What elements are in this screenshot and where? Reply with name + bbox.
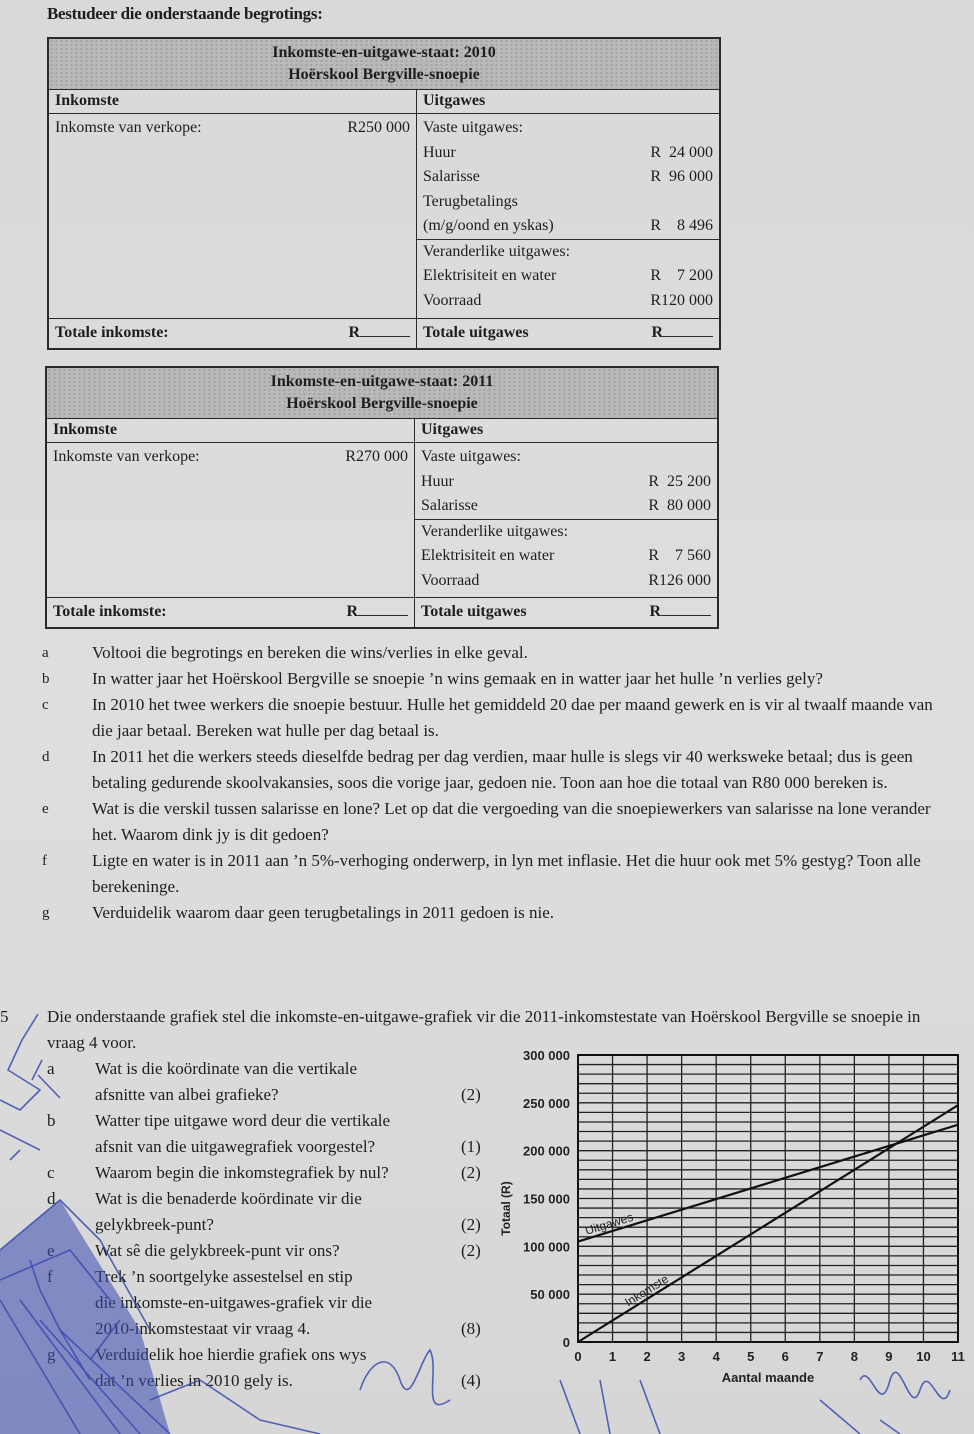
question-item: aVoltooi die begrotings en bereken die w… (42, 640, 942, 666)
budget-title: Inkomste-en-uitgawe-staat: 2011 (47, 371, 717, 393)
total-income-row: Totale inkomste:R (46, 598, 415, 628)
total-expense-row: Totale uitgawesR (417, 319, 721, 349)
question-item: eWat sê die gelykbreek-punt vir ons?(2) (47, 1238, 487, 1264)
budget-header: Inkomste-en-uitgawe-staat: 2011 Hoërskoo… (46, 367, 718, 419)
variable-expenses-header: Veranderlike uitgawes: (421, 520, 711, 545)
question-item: gVerduidelik waarom daar geen terugbetal… (42, 900, 942, 926)
svg-text:250 000: 250 000 (523, 1096, 570, 1111)
question-item: fTrek ’n soortgelyke assestelsel en stip… (47, 1264, 487, 1342)
question-item: fLigte en water is in 2011 aan ’n 5%-ver… (42, 848, 942, 900)
question-text: Watter tipe uitgawe word deur die vertik… (95, 1108, 455, 1160)
question-label: a (47, 1056, 55, 1082)
question-label: g (47, 1342, 56, 1368)
question-label: d (47, 1186, 56, 1212)
budget-header: Inkomste-en-uitgawe-staat: 2010 Hoërskoo… (48, 38, 720, 90)
expense-header: Uitgawes (417, 90, 721, 114)
budget-subtitle: Hoërskool Bergville-snoepie (47, 393, 717, 415)
question-number: 5 (0, 1004, 9, 1030)
svg-text:3: 3 (678, 1349, 685, 1364)
question-text: Wat sê die gelykbreek-punt vir ons? (95, 1238, 455, 1264)
expense-header: Uitgawes (415, 419, 719, 443)
svg-text:Aantal maande: Aantal maande (722, 1370, 814, 1385)
svg-text:11: 11 (951, 1349, 965, 1364)
income-row: Inkomste van verkope:R270 000 (53, 445, 408, 470)
question-4-list: aVoltooi die begrotings en bereken die w… (42, 640, 942, 926)
question-marks: (2) (461, 1212, 481, 1238)
question-marks: (2) (461, 1160, 481, 1186)
svg-text:0: 0 (574, 1349, 581, 1364)
question-text: Wat is die benaderde koördinate vir dieg… (95, 1186, 455, 1238)
svg-text:4: 4 (713, 1349, 721, 1364)
svg-text:8: 8 (851, 1349, 858, 1364)
expense-row: SalarisseR 96 000 (423, 165, 713, 190)
fixed-expenses-header: Vaste uitgawes: (421, 445, 711, 470)
svg-text:300 000: 300 000 (523, 1048, 570, 1063)
question-item: dIn 2011 het die werkers steeds dieselfd… (42, 744, 942, 796)
question-text: Wat is die koördinate van die vertikalea… (95, 1056, 455, 1108)
total-income-blank[interactable] (358, 615, 408, 616)
svg-text:6: 6 (782, 1349, 789, 1364)
expense-row: HuurR 24 000 (423, 141, 713, 166)
expense-row: Terugbetalings (423, 190, 713, 215)
question-item: cWaarom begin die inkomstegrafiek by nul… (47, 1160, 487, 1186)
question-text: Verduidelik hoe hierdie grafiek ons wysd… (95, 1342, 455, 1394)
svg-text:Totaal (R): Totaal (R) (499, 1181, 513, 1235)
budget-table-2010: Inkomste-en-uitgawe-staat: 2010 Hoërskoo… (47, 37, 721, 350)
question-item: dWat is die benaderde koördinate vir die… (47, 1186, 487, 1238)
svg-text:5: 5 (747, 1349, 754, 1364)
svg-text:100 000: 100 000 (523, 1239, 570, 1254)
budget-title: Inkomste-en-uitgawe-staat: 2010 (49, 42, 719, 64)
svg-text:1: 1 (609, 1349, 616, 1364)
total-income-row: Totale inkomste:R (48, 319, 417, 349)
income-header: Inkomste (48, 90, 417, 114)
expense-row: Elektrisiteit en waterR 7 200 (423, 264, 713, 289)
total-expense-row: Totale uitgawesR (415, 598, 719, 628)
income-expense-chart: 050 000100 000150 000200 000250 000300 0… (490, 1040, 970, 1400)
question-marks: (8) (461, 1316, 481, 1342)
question-text: Waarom begin die inkomstegrafiek by nul? (95, 1160, 455, 1186)
expense-row: (m/g/oond en yskas)R 8 496 (423, 214, 713, 239)
budget-table-2011: Inkomste-en-uitgawe-staat: 2011 Hoërskoo… (45, 366, 719, 629)
expense-row: SalarisseR 80 000 (421, 494, 711, 519)
question-item: bWatter tipe uitgawe word deur die verti… (47, 1108, 487, 1160)
question-marks: (2) (461, 1238, 481, 1264)
question-marks: (4) (461, 1368, 481, 1394)
question-label: e (47, 1238, 55, 1264)
income-header: Inkomste (46, 419, 415, 443)
total-expense-blank[interactable] (661, 615, 711, 616)
svg-text:200 000: 200 000 (523, 1144, 570, 1159)
question-label: b (47, 1108, 56, 1134)
expense-row: VoorraadR126 000 (421, 569, 711, 594)
question-text: Trek ’n soortgelyke assestelsel en stipd… (95, 1264, 455, 1342)
expense-row: Elektrisiteit en waterR 7 560 (421, 544, 711, 569)
question-item: bIn watter jaar het Hoërskool Bergville … (42, 666, 942, 692)
intro-text: Bestudeer die onderstaande begrotings: (47, 4, 323, 24)
total-income-blank[interactable] (360, 336, 410, 337)
income-row: Inkomste van verkope:R250 000 (55, 116, 410, 141)
question-item: eWat is die verskil tussen salarisse en … (42, 796, 942, 848)
svg-text:7: 7 (816, 1349, 823, 1364)
svg-text:0: 0 (563, 1335, 570, 1350)
question-label: f (47, 1264, 53, 1290)
expense-row: HuurR 25 200 (421, 470, 711, 495)
question-marks: (1) (461, 1134, 481, 1160)
svg-text:9: 9 (885, 1349, 892, 1364)
total-expense-blank[interactable] (663, 336, 713, 337)
question-marks: (2) (461, 1082, 481, 1108)
question-item: aWat is die koördinate van die vertikale… (47, 1056, 487, 1108)
svg-text:50 000: 50 000 (530, 1287, 570, 1302)
svg-text:10: 10 (916, 1349, 930, 1364)
fixed-expenses-header: Vaste uitgawes: (423, 116, 713, 141)
question-item: cIn 2010 het twee werkers die snoepie be… (42, 692, 942, 744)
svg-text:150 000: 150 000 (523, 1192, 570, 1207)
question-label: c (47, 1160, 55, 1186)
question-item: gVerduidelik hoe hierdie grafiek ons wys… (47, 1342, 487, 1394)
expense-row: VoorraadR120 000 (423, 289, 713, 314)
svg-text:2: 2 (643, 1349, 650, 1364)
svg-text:Uitgawes: Uitgawes (583, 1210, 634, 1238)
variable-expenses-header: Veranderlike uitgawes: (423, 240, 713, 265)
budget-subtitle: Hoërskool Bergville-snoepie (49, 64, 719, 86)
